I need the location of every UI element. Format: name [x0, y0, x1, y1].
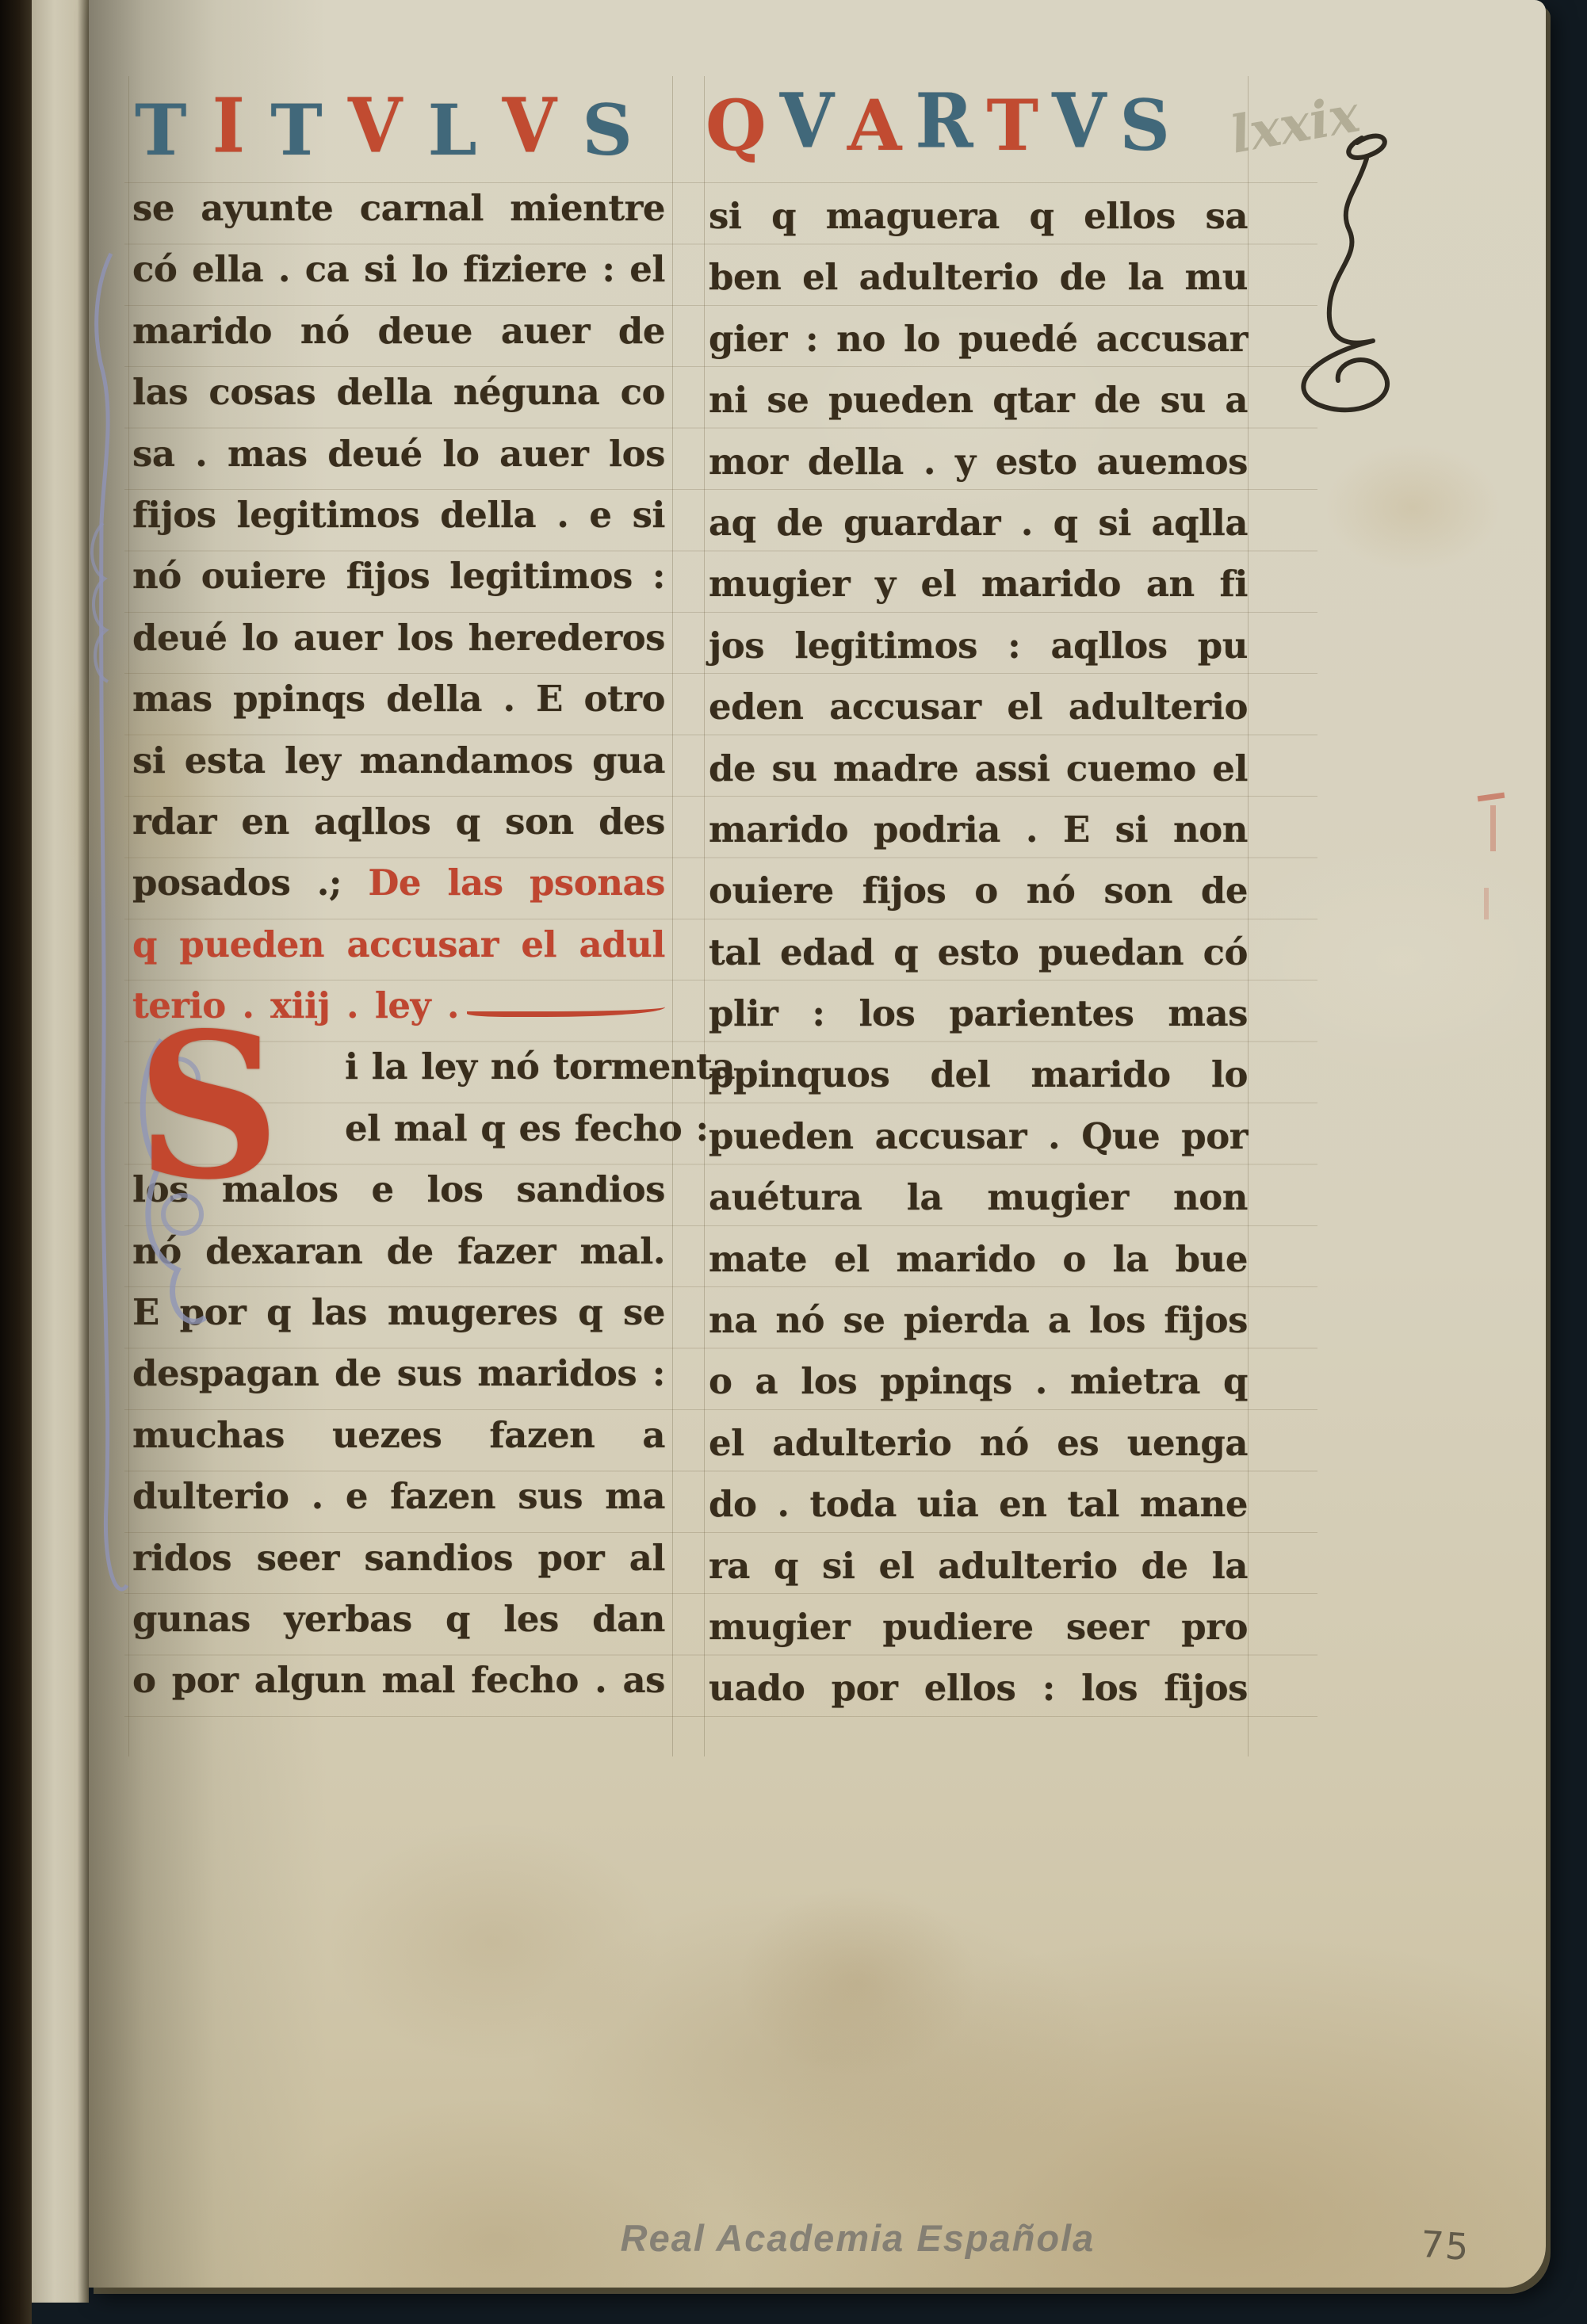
rubric-text: De las psonas [368, 862, 665, 904]
body-text: sa . mas deué lo auer los [132, 433, 665, 475]
manuscript-line: ni se pueden qtar de su a [709, 373, 1248, 434]
body-text: pueden accusar . Que por [709, 1115, 1248, 1157]
red-margin-mark [1484, 888, 1489, 919]
column-rule [1248, 76, 1249, 1756]
body-text: na nó se pierda a los fijos [709, 1299, 1248, 1341]
body-text: ni se pueden qtar de su a [709, 379, 1248, 421]
body-text: tal edad q esto puedan có [709, 931, 1248, 973]
manuscript-line: gier : no lo puedé accusar [709, 312, 1248, 373]
body-text: nó dexaran de fazer mal. [132, 1230, 665, 1272]
body-text: dulterio . e fazen sus ma [132, 1475, 665, 1517]
manuscript-line: i la ley nó tormenta [132, 1039, 665, 1100]
manuscript-line: q pueden accusar el adul [132, 917, 665, 978]
header-letter: L [428, 95, 477, 165]
manuscript-line: de su madre assi cuemo el [709, 741, 1248, 802]
rubric-text: terio . xiij . ley . [132, 984, 459, 1026]
text-column-left: se ayunte carnal mientrecó ella . ca si … [132, 181, 665, 1714]
header-letter: Q [706, 90, 767, 160]
body-text: las cosas della néguna co [132, 371, 665, 413]
body-text: se ayunte carnal mientre [132, 187, 665, 229]
manuscript-line: mate el marido o la bue [709, 1232, 1248, 1293]
body-text: mugier pudiere seer pro [709, 1606, 1248, 1648]
body-text: i la ley nó tormenta [345, 1045, 735, 1087]
body-text: nó ouiere fijos legitimos : [132, 555, 665, 597]
header-letter: R [915, 82, 973, 158]
manuscript-line: nó dexaran de fazer mal. [132, 1224, 665, 1285]
manuscript-line: E por q las mugeres q se [132, 1285, 665, 1346]
body-text: rdar en aqllos q son des [132, 801, 665, 843]
body-text: uado por ellos : los fijos [709, 1667, 1248, 1709]
manuscript-line: ridos seer sandios por al [132, 1531, 665, 1592]
manuscript-line: aq de guardar . q si aqlla [709, 495, 1248, 556]
body-text: aq de guardar . q si aqlla [709, 502, 1248, 544]
body-text: o a los ppinqs . mietra q [709, 1360, 1248, 1402]
rubric-swash [467, 1000, 665, 1017]
binding-edge [0, 0, 32, 2324]
manuscript-line: mas ppinqs della . E otro [132, 671, 665, 732]
manuscript-line: ben el adulterio de la mu [709, 250, 1248, 311]
manuscript-line: mugier y el marido an fi [709, 556, 1248, 617]
body-text: o por algun mal fecho . as [132, 1659, 665, 1701]
body-text: si esta ley mandamos gua [132, 740, 665, 782]
manuscript-scan: TITVLVS QVARTVS se ayunte carnal mientre… [0, 0, 1587, 2324]
manuscript-line: na nó se pierda a los fijos [709, 1293, 1248, 1354]
manuscript-line: eden accusar el adulterio [709, 679, 1248, 740]
red-margin-mark [1490, 805, 1496, 851]
body-text: mate el marido o la bue [709, 1238, 1248, 1280]
body-text: có ella . ca si lo fiziere : el [132, 248, 665, 290]
manuscript-line: si q maguera q ellos sa [709, 189, 1248, 250]
header-letter: S [1119, 90, 1170, 160]
body-text: ben el adulterio de la mu [709, 256, 1248, 298]
marginal-penwork-flourish [79, 238, 143, 1665]
body-text: marido podria . E si non [709, 808, 1248, 850]
manuscript-line: posados .; De las psonas [132, 855, 665, 916]
manuscript-line: jos legitimos : aqllos pu [709, 618, 1248, 679]
body-text: fijos legitimos della . e si [132, 494, 665, 536]
parchment-stain [739, 1886, 977, 2077]
manuscript-line: fijos legitimos della . e si [132, 487, 665, 549]
body-text: si q maguera q ellos sa [709, 195, 1248, 237]
manuscript-line: ouiere fijos o nó son de [709, 863, 1248, 924]
rubric-text: q pueden accusar el adul [132, 923, 665, 965]
manuscript-line: rdar en aqllos q son des [132, 794, 665, 855]
body-text: auétura la mugier non [709, 1176, 1248, 1218]
body-text: muchas uezes fazen a [132, 1414, 665, 1456]
red-margin-mark [1478, 793, 1505, 802]
manuscript-line: muchas uezes fazen a [132, 1408, 665, 1469]
body-text: marido nó deue auer de [132, 310, 665, 352]
header-letter: I [212, 87, 245, 162]
body-text: ra q si el adulterio de la [709, 1545, 1248, 1587]
manuscript-line: uado por ellos : los fijos [709, 1661, 1248, 1722]
manuscript-line: las cosas della néguna co [132, 365, 665, 426]
folio-number: 75 [1419, 2223, 1471, 2269]
manuscript-line: si esta ley mandamos gua [132, 733, 665, 794]
header-letter: V [1052, 82, 1106, 158]
header-letter: S [582, 95, 633, 165]
parchment-page: TITVLVS QVARTVS se ayunte carnal mientre… [89, 0, 1546, 2288]
manuscript-line: auétura la mugier non [709, 1170, 1248, 1231]
manuscript-line: plir : los parientes mas [709, 986, 1248, 1047]
manuscript-line: tal edad q esto puedan có [709, 925, 1248, 986]
body-text: los malos e los sandios [132, 1168, 665, 1210]
body-text: mas ppinqs della . E otro [132, 678, 665, 720]
body-text: el adulterio nó es uenga [709, 1422, 1248, 1464]
parchment-stain [327, 1823, 660, 2061]
manuscript-line: marido nó deue auer de [132, 304, 665, 365]
manuscript-line: có ella . ca si lo fiziere : el [132, 242, 665, 303]
body-text: eden accusar el adulterio [709, 686, 1248, 728]
manuscript-line: sa . mas deué lo auer los [132, 426, 665, 487]
manuscript-line: despagan de sus maridos : [132, 1346, 665, 1407]
manuscript-line: ra q si el adulterio de la [709, 1539, 1248, 1600]
running-title-right: QVARTVS [706, 89, 1170, 159]
header-letter: A [847, 90, 901, 160]
body-text: posados .; [132, 862, 368, 904]
header-letter: T [270, 95, 322, 165]
watermark: Real Academia Española [501, 2216, 1214, 2260]
body-text: ouiere fijos o nó son de [709, 870, 1248, 912]
manuscript-line: ppinquos del marido lo [709, 1047, 1248, 1108]
body-text: despagan de sus maridos : [132, 1352, 665, 1394]
header-letter: T [135, 95, 186, 165]
text-column-right: si q maguera q ellos saben el adulterio … [709, 189, 1248, 1722]
manuscript-line: o a los ppinqs . mietra q [709, 1354, 1248, 1415]
manuscript-line: dulterio . e fazen sus ma [132, 1469, 665, 1530]
manuscript-line: do . toda uia en tal mane [709, 1477, 1248, 1538]
body-text: jos legitimos : aqllos pu [709, 625, 1248, 667]
body-text: E por q las mugeres q se [132, 1291, 665, 1333]
body-text: gunas yerbas q les dan [132, 1598, 665, 1640]
manuscript-line: pueden accusar . Que por [709, 1109, 1248, 1170]
column-rule [704, 76, 705, 1756]
parchment-stain [1325, 444, 1500, 571]
manuscript-line: los malos e los sandios [132, 1162, 665, 1223]
manuscript-line: nó ouiere fijos legitimos : [132, 549, 665, 610]
body-text: mor della . y esto auemos [709, 441, 1248, 483]
manuscript-line: mugier pudiere seer pro [709, 1600, 1248, 1661]
body-text: ppinquos del marido lo [709, 1053, 1248, 1095]
body-text: el mal q es fecho : [345, 1107, 709, 1149]
manuscript-line: el mal q es fecho : [132, 1101, 665, 1162]
header-letter: V [780, 82, 834, 158]
ink-squiggle-mark [1262, 119, 1436, 420]
body-text: plir : los parientes mas [709, 992, 1248, 1034]
manuscript-line: marido podria . E si non [709, 802, 1248, 863]
header-letter: V [503, 87, 556, 162]
body-text: de su madre assi cuemo el [709, 747, 1248, 789]
manuscript-line: gunas yerbas q les dan [132, 1592, 665, 1653]
header-letter: T [987, 90, 1038, 160]
manuscript-line: terio . xiij . ley . [132, 978, 665, 1039]
column-rule [672, 76, 673, 1756]
body-text: gier : no lo puedé accusar [709, 318, 1248, 360]
body-text: ridos seer sandios por al [132, 1537, 665, 1579]
body-text: do . toda uia en tal mane [709, 1483, 1248, 1525]
manuscript-line: el adulterio nó es uenga [709, 1416, 1248, 1477]
manuscript-line: deué lo auer los herederos [132, 610, 665, 671]
body-text: deué lo auer los herederos [132, 617, 665, 659]
running-title-left: TITVLVS [135, 94, 633, 163]
body-text: mugier y el marido an fi [709, 563, 1248, 605]
manuscript-line: mor della . y esto auemos [709, 434, 1248, 495]
manuscript-line: o por algun mal fecho . as [132, 1653, 665, 1714]
header-letter: V [348, 87, 402, 162]
manuscript-line: se ayunte carnal mientre [132, 181, 665, 242]
